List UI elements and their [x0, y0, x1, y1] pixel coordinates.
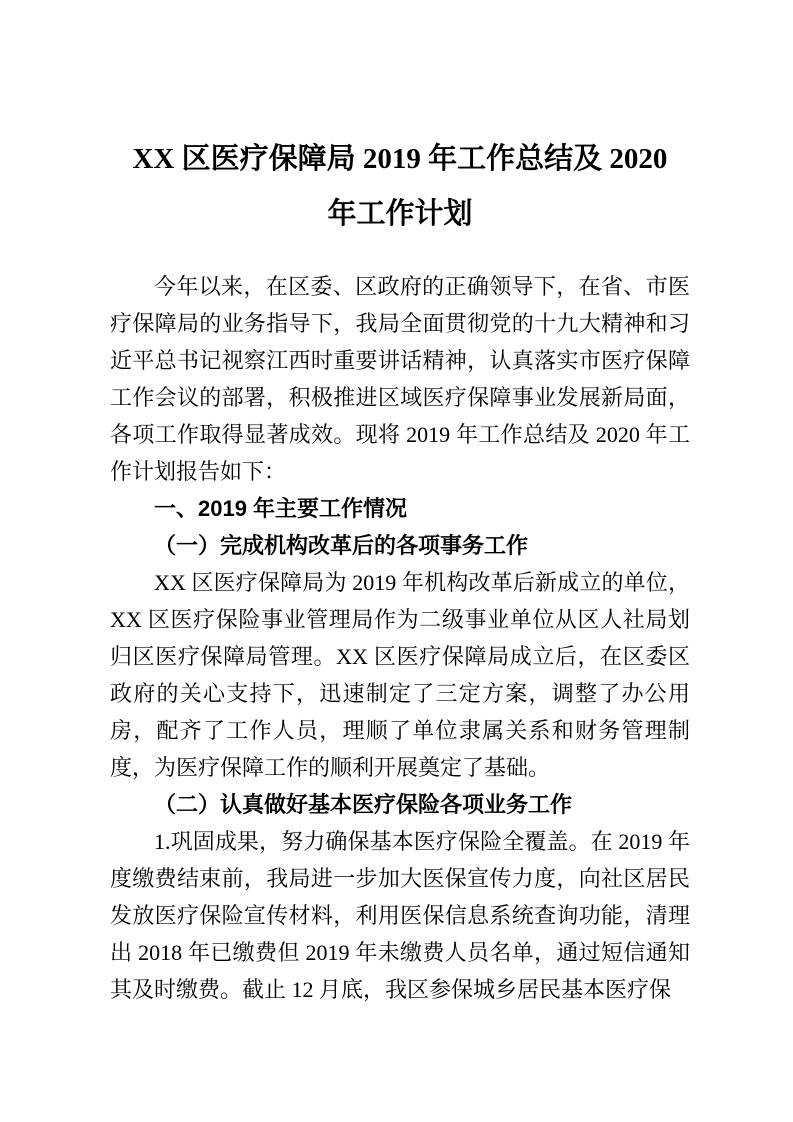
subsection-1-1-heading: （一）完成机构改革后的各项事务工作 — [110, 527, 690, 564]
document-page: XX 区医疗保障局 2019 年工作总结及 2020 年工作计划 今年以来，在区… — [0, 0, 793, 1122]
document-title: XX 区医疗保障局 2019 年工作总结及 2020 年工作计划 — [110, 132, 690, 242]
section-1-heading: 一、2019 年主要工作情况 — [110, 490, 690, 527]
subsection-1-2-heading: （二）认真做好基本医疗保险各项业务工作 — [110, 786, 690, 823]
subsection-1-1-paragraph: XX 区医疗保障局为 2019 年机构改革后新成立的单位，XX 区医疗保险事业管… — [110, 564, 690, 786]
intro-paragraph: 今年以来，在区委、区政府的正确领导下，在省、市医疗保障局的业务指导下，我局全面贯… — [110, 268, 690, 490]
subsection-1-2-paragraph: 1.巩固成果，努力确保基本医疗保险全覆盖。在 2019 年度缴费结束前，我局进一… — [110, 823, 690, 1008]
